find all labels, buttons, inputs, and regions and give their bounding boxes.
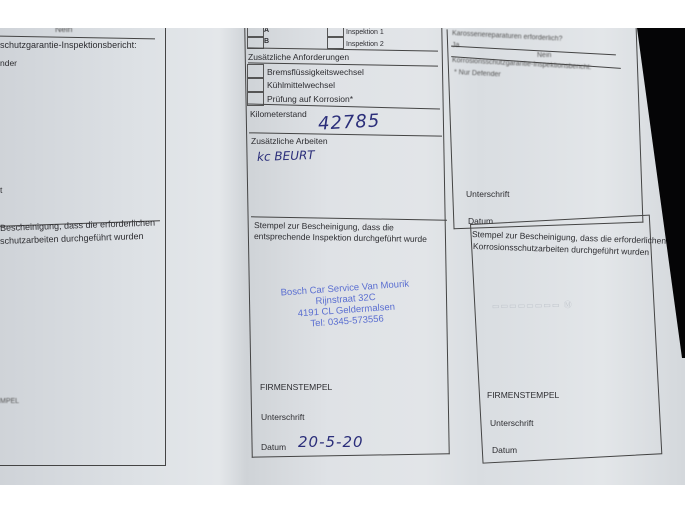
left-inspection-box bbox=[0, 28, 166, 466]
checkbox-inspektion-1[interactable] bbox=[327, 28, 344, 37]
date-label: Datum bbox=[261, 442, 286, 452]
mileage-label: Kilometerstand bbox=[250, 109, 307, 119]
inspektion-1-label: Inspektion 1 bbox=[346, 29, 384, 36]
checkbox-a[interactable] bbox=[247, 28, 264, 37]
right-signature-label-2: Unterschrift bbox=[490, 418, 533, 428]
booklet-photo: Nein schutzgarantie-Inspektionsbericht: … bbox=[0, 28, 685, 485]
date-value: 20-5-20 bbox=[298, 433, 364, 451]
req-korrosion: Prüfung auf Korrosion* bbox=[267, 94, 353, 104]
checkbox-inspektion-2[interactable] bbox=[327, 37, 344, 49]
left-top-label: Nein bbox=[55, 28, 72, 34]
right-signature-label: Unterschrift bbox=[466, 189, 509, 199]
additional-work-label: Zusätzliche Arbeiten bbox=[251, 136, 328, 146]
left-firmenstempel-label: MPEL bbox=[0, 398, 19, 405]
checkbox-kuehlmittel[interactable] bbox=[247, 78, 264, 92]
req-kuehlmittel: Kühlmittelwechsel bbox=[267, 80, 335, 90]
left-stray-char: t bbox=[0, 185, 2, 195]
row-b-label: B bbox=[264, 38, 269, 45]
additional-work-value: kc BEURT bbox=[257, 148, 315, 164]
row-a-label: A bbox=[264, 28, 269, 34]
firmenstempel-label: FIRMENSTEMPEL bbox=[260, 382, 332, 392]
inspektion-2-label: Inspektion 2 bbox=[346, 41, 384, 48]
left-header: schutzgarantie-Inspektionsbericht: bbox=[0, 40, 137, 50]
left-note: nder bbox=[0, 58, 17, 68]
no-label: Nein bbox=[537, 52, 551, 59]
mileage-value: 42785 bbox=[317, 110, 380, 134]
right-firmenstempel-label: FIRMENSTEMPEL bbox=[487, 390, 559, 400]
req-bremsfluessigkeit: Bremsflüssigkeitswechsel bbox=[267, 67, 364, 77]
additional-requirements-title: Zusätzliche Anforderungen bbox=[248, 52, 349, 62]
checkbox-bremsfluessigkeit[interactable] bbox=[247, 64, 264, 78]
faded-stamp-mark: ▭▭▭▭▭▭▭▭ Ⓜ bbox=[492, 299, 573, 311]
right-date-label-2: Datum bbox=[492, 445, 517, 455]
signature-label: Unterschrift bbox=[261, 412, 304, 422]
